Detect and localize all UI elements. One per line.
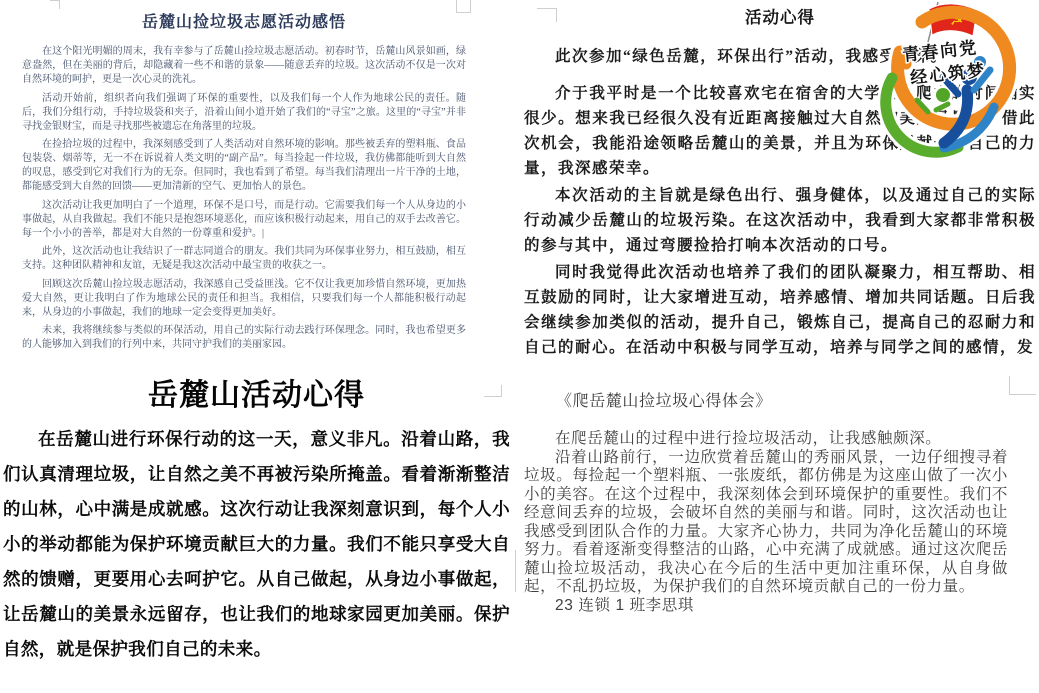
paragraph: 回顾这次岳麓山捡垃圾志愿活动，我深感自己受益匪浅。它不仅让我更加珍惜自然环境，更… [22,278,466,320]
paragraph: 在岳麓山进行环保行动的这一天，意义非凡。沿着山路，我们认真清理垃圾，让自然之美不… [3,422,510,667]
paragraph: 未来，我将继续参与类似的环保活动，用自己的实际行动去践行环保理念。同时，我也希望… [22,324,466,352]
document-bottom-right: 《爬岳麓山捡垃圾心得体会》 在爬岳麓山的过程中进行捡垃圾活动，让我感触颇深。 沿… [524,392,1008,615]
doc-title: 《爬岳麓山捡垃圾心得体会》 [524,392,1008,411]
paragraph: 在捡拾垃圾的过程中，我深刻感受到了人类活动对自然环境的影响。那些被丢弃的塑料瓶、… [22,138,466,194]
paragraph: 在爬岳麓山的过程中进行捡垃圾活动，让我感触颇深。 [524,430,1008,449]
paragraph: 本次活动的主旨就是绿色出行、强身健体，以及通过自己的实际行动减少岳麓山的垃圾污染… [524,183,1036,258]
doc-title: 岳麓山捡垃圾志愿活动感悟 [22,12,466,34]
paragraph: 同时我觉得此次活动也培养了我们的团队凝聚力，相互帮助、相互鼓励的同时，让大家增进… [524,260,1036,360]
paragraph: 此外，这次活动也让我结识了一群志同道合的朋友。我们共同为环保事业努力，相互鼓励，… [22,245,466,273]
document-bottom-left: 岳麓山活动心得 在岳麓山进行环保行动的这一天，意义非凡。沿着山路，我们认真清理垃… [3,376,510,667]
doc-title: 岳麓山活动心得 [3,376,510,416]
paragraph: 活动开始前，组织者向我们强调了环保的重要性，以及我们每一个人作为地球公民的责任。… [22,92,466,134]
paragraph: 这次活动让我更加明白了一个道理，环保不是口号，而是行动。它需要我们每一个人从身边… [22,199,466,241]
youth-league-emblem: ☭ 青春向党 [870,0,1039,160]
emblem-graphic-icon: ☭ 青春向党 [870,0,1039,160]
paragraph: 沿着山路前行，一边欣赏着岳麓山的秀丽风景，一边仔细搜寻着垃圾。每捡起一个塑料瓶、… [524,449,1008,597]
document-top-left: 岳麓山捡垃圾志愿活动感悟 在这个阳光明媚的周末，我有幸参与了岳麓山捡垃圾志愿活动… [22,12,466,357]
paragraph: 在这个阳光明媚的周末，我有幸参与了岳麓山捡垃圾志愿活动。初春时节，岳麓山风景如画… [22,45,466,87]
page-corner-mark [1009,376,1036,395]
collage-canvas: 岳麓山捡垃圾志愿活动感悟 在这个阳光明媚的周末，我有幸参与了岳麓山捡垃圾志愿活动… [0,0,1039,693]
slogan-line-1: 青春向党 [901,37,979,65]
page-edge-mark [515,550,517,592]
signature-line: 23 连锁 1 班李思琪 [524,597,1008,616]
page-corner-mark [50,0,60,9]
